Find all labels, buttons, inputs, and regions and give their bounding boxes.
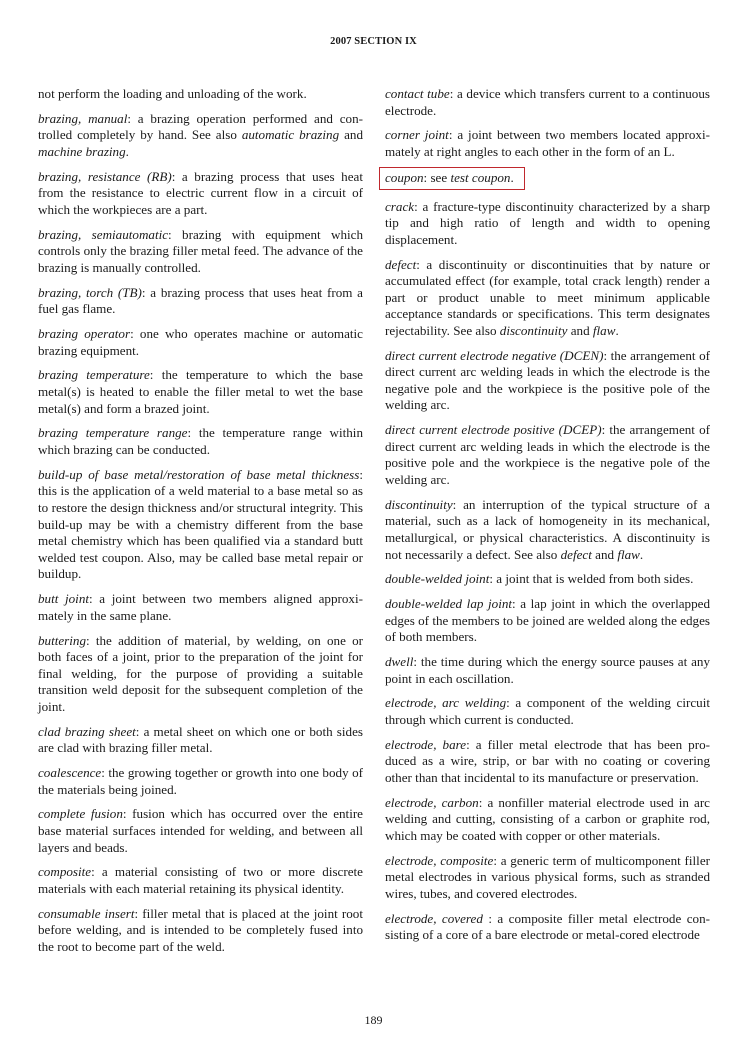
glossary-term: brazing, semiautomatic [38,227,168,242]
glossary-entry-corner-joint: corner joint: a joint between two member… [385,127,710,160]
glossary-term: electrode, covered [385,911,488,926]
glossary-entry-electrode-carbon: electrode, carbon: a nonfiller material … [385,795,710,845]
glossary-term: direct current electrode positive (DCEP) [385,422,602,437]
page-number: 189 [0,1013,747,1028]
highlight-box: coupon: see test coupon. [379,167,525,191]
glossary-term: electrode, bare [385,737,466,752]
glossary-term: electrode, composite [385,853,493,868]
glossary-entry-direct-current-electrode-positive-dcep: direct current electrode positive (DCEP)… [385,422,710,488]
glossary-entry-continued: not perform the loading and unloading of… [38,86,363,103]
cross-reference: automatic brazing [242,127,339,142]
cross-reference: defect [561,547,592,562]
glossary-entry-build-up-of-base-metal-restoration-of-base-metal-thickness: build-up of base metal/restoration of ba… [38,467,363,583]
glossary-term: crack [385,199,414,214]
glossary-term: buttering [38,633,86,648]
glossary-entry-contact-tube: contact tube: a device which transfers c… [385,86,710,119]
glossary-entry-crack: crack: a fracture-type discontinuity cha… [385,199,710,249]
cross-reference: flaw [593,323,616,338]
glossary-entry-brazing-temperature-range: brazing temperature range: the temperatu… [38,425,363,458]
glossary-term: defect [385,257,416,272]
glossary-term: dwell [385,654,413,669]
glossary-entry-direct-current-electrode-negative-dcen: direct current electrode negative (DCEN)… [385,348,710,414]
glossary-term: consumable insert [38,906,135,921]
cross-reference: test coupon [450,170,510,185]
definition-text: : this is the application of a weld mate… [38,467,363,582]
definition-text: : see [424,170,451,185]
glossary-entry-brazing-resistance-rb: brazing, resistance (RB): a brazing proc… [38,169,363,219]
glossary-term: brazing, torch (TB) [38,285,142,300]
glossary-entry-electrode-covered: electrode, covered : a composite filler … [385,911,710,944]
definition-text: not perform the loading and unloading of… [38,86,307,101]
cross-reference: discontinuity [500,323,568,338]
definition-text: . [615,323,618,338]
glossary-entry-complete-fusion: complete fusion: fusion which has occurr… [38,806,363,856]
glossary-term: brazing temperature [38,367,150,382]
glossary-entry-buttering: buttering: the addition of material, by … [38,633,363,716]
definition-text: : a joint that is welded from both sides… [489,571,693,586]
glossary-entry-composite: composite: a material consisting of two … [38,864,363,897]
glossary-entry-clad-brazing-sheet: clad brazing sheet: a metal sheet on whi… [38,724,363,757]
glossary-term: coalescence [38,765,101,780]
glossary-entry-dwell: dwell: the time during which the energy … [385,654,710,687]
definition-text: and [592,547,617,562]
glossary-term: coupon [385,170,424,185]
definition-text: . [640,547,643,562]
definition-text: and [567,323,592,338]
glossary-term: brazing, manual [38,111,127,126]
glossary-term: composite [38,864,91,879]
glossary-entry-electrode-bare: electrode, bare: a filler metal electrod… [385,737,710,787]
glossary-term: electrode, arc welding [385,695,506,710]
glossary-entry-electrode-composite: electrode, composite: a generic term of … [385,853,710,903]
glossary-term: double-welded joint [385,571,489,586]
glossary-term: complete fusion [38,806,123,821]
glossary-term: brazing operator [38,326,130,341]
glossary-entry-butt-joint: butt joint: a joint between two members … [38,591,363,624]
glossary-term: discontinuity [385,497,453,512]
glossary-term: build-up of base metal/restoration of ba… [38,467,359,482]
glossary-entry-brazing-operator: brazing operator: one who operates machi… [38,326,363,359]
glossary-term: butt joint [38,591,89,606]
glossary-entry-coalescence: coalescence: the growing together or gro… [38,765,363,798]
glossary-entry-coupon: coupon: see test coupon. [385,169,710,191]
left-column: not perform the loading and unloading of… [38,86,363,964]
glossary-entry-consumable-insert: consumable insert: filler metal that is … [38,906,363,956]
glossary-entry-double-welded-lap-joint: double-welded lap joint: a lap joint in … [385,596,710,646]
glossary-term: contact tube [385,86,450,101]
cross-reference: machine brazing [38,144,126,159]
glossary-entry-electrode-arc-welding: electrode, arc welding: a component of t… [385,695,710,728]
glossary-term: brazing temperature range [38,425,187,440]
cross-reference: flaw [617,547,640,562]
glossary-term: electrode, carbon [385,795,479,810]
glossary-entry-discontinuity: discontinuity: an interruption of the ty… [385,497,710,563]
glossary-term: brazing, resistance (RB) [38,169,172,184]
glossary-entry-brazing-manual: brazing, manual: a brazing operation per… [38,111,363,161]
definition-text: and [339,127,363,142]
glossary-term: direct current electrode negative (DCEN) [385,348,603,363]
glossary-entry-defect: defect: a discontinuity or discontinuiti… [385,257,710,340]
definition-text: : a fracture-type discontinuity characte… [385,199,710,247]
right-column: contact tube: a device which transfers c… [385,86,710,952]
glossary-term: corner joint [385,127,449,142]
glossary-term: double-welded lap joint [385,596,512,611]
glossary-entry-brazing-semiautomatic: brazing, semiautomatic: brazing with equ… [38,227,363,277]
glossary-entry-brazing-temperature: brazing temperature: the temperature to … [38,367,363,417]
running-header: 2007 SECTION IX [0,36,747,47]
definition-text: . [126,144,129,159]
definition-text: . [510,170,513,185]
definition-text: : the addition of material, by welding, … [38,633,363,714]
glossary-entry-brazing-torch-tb: brazing, torch (TB): a brazing process t… [38,285,363,318]
definition-text: : the time during which the energy sourc… [385,654,710,686]
glossary-term: clad brazing sheet [38,724,136,739]
glossary-entry-double-welded-joint: double-welded joint: a joint that is wel… [385,571,710,588]
